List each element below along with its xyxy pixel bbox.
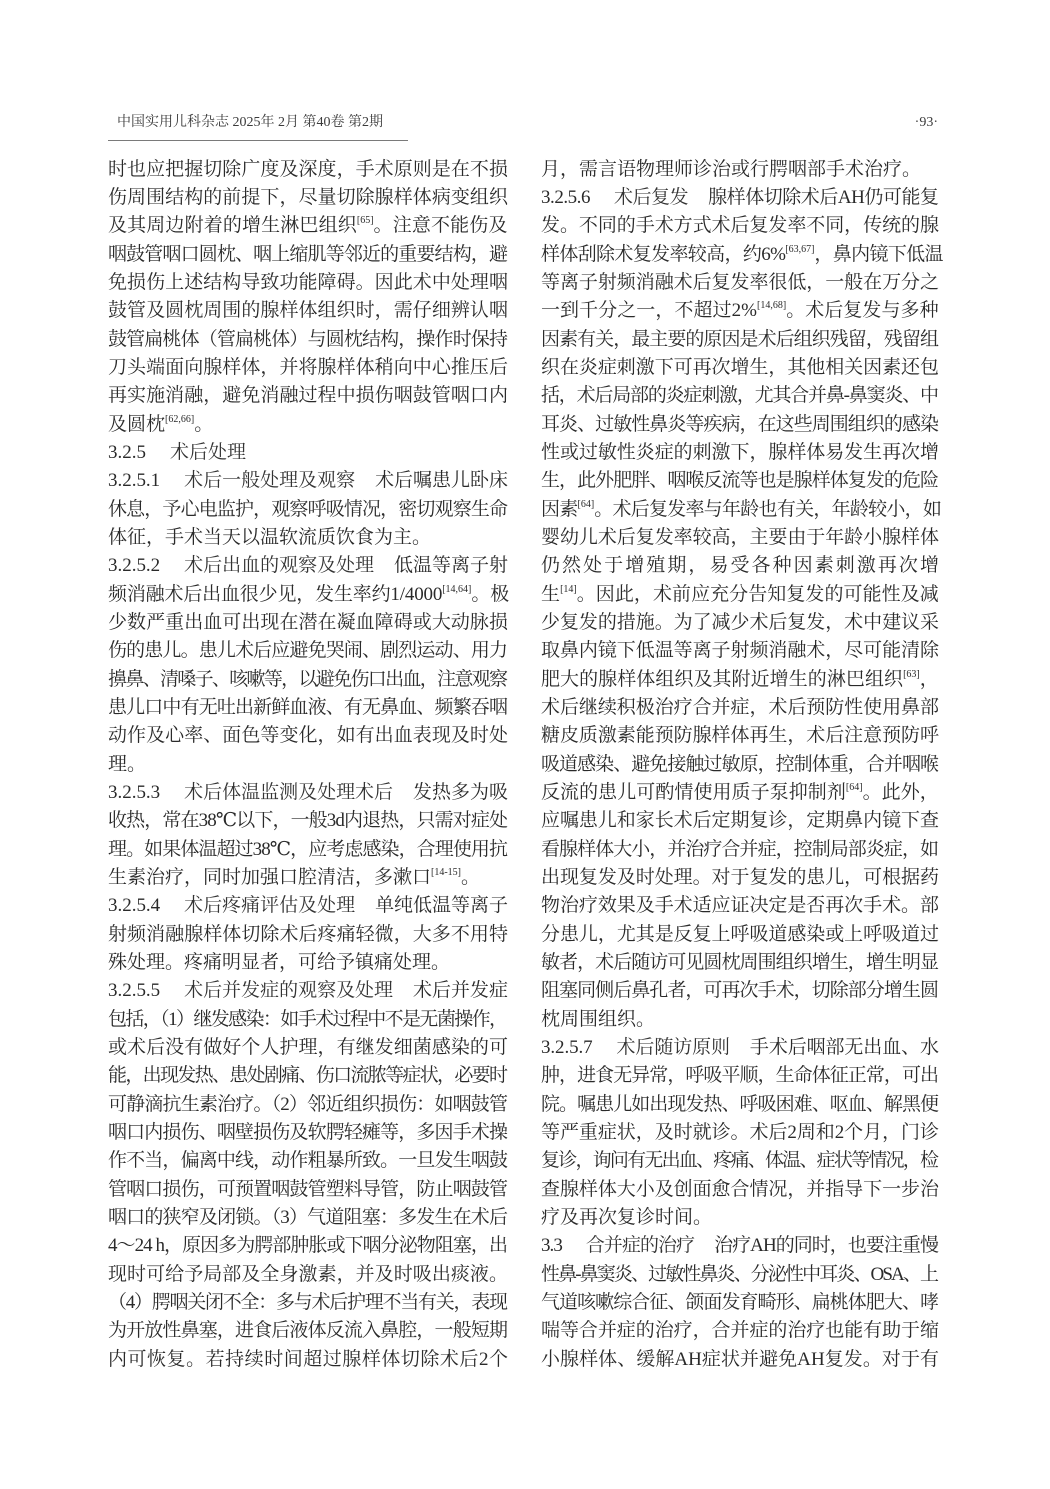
line-text: 能，出现发热、患处剧痛、伤口流脓等症状，必要时 [108, 1062, 506, 1090]
text-line: 物治疗效果及手术适应证决定是否再次手术。部 [541, 892, 939, 920]
subsection-heading-line: 3.2.5.5术后并发症的观察及处理术后并发症 [108, 977, 508, 1005]
text-line: 肿，进食无异常，呼吸平顺，生命体征正常，可出 [541, 1062, 939, 1090]
text-line: 咽口的狭窄及闭锁。（3）气道阻塞：多发生在术后 [108, 1204, 508, 1232]
line-text: 喘等合并症的治疗，合并症的治疗也能有助于缩 [541, 1317, 939, 1345]
line-text: 疗及再次复诊时间。 [541, 1204, 712, 1232]
line-text: 阻塞同侧后鼻孔者，可再次手术，切除部分增生圆 [541, 977, 938, 1005]
line-text: 鼓管扁桃体（管扁桃体）与圆枕结构，操作时保持 [108, 326, 507, 354]
line-text: 肿，进食无异常，呼吸平顺，生命体征正常，可出 [541, 1062, 938, 1090]
text-line: 伤的患儿。患儿术后应避免哭闹、剧烈运动、用力 [108, 637, 508, 665]
subsection-heading-line: 3.2.5.4术后疼痛评估及处理单纯低温等离子 [108, 892, 508, 920]
text-line: 肥大的腺样体组织及其附近增生的淋巴组织[63]， [541, 666, 939, 694]
text-line: 伤周围结构的前提下，尽量切除腺样体病变组织 [108, 184, 508, 212]
line-text: 可静滴抗生素治疗。（2）邻近组织损伤：如咽鼓管 [108, 1091, 507, 1119]
line-text: 看腺样体大小，并治疗合并症，控制局部炎症，如 [541, 836, 938, 864]
text-line: 等严重症状，及时就诊。术后2周和2个月，门诊 [541, 1119, 939, 1147]
line-text: 或术后没有做好个人护理，有继发细菌感染的可 [108, 1034, 508, 1062]
line-text: 4～24 h，原因多为腭部肿胀或下咽分泌物阻塞，出 [108, 1232, 507, 1260]
line-text: 复诊，询问有无出血、疼痛、体温、症状等情况，检 [541, 1147, 937, 1175]
citation: [63,67] [785, 244, 814, 255]
citation: [62,66] [165, 414, 194, 425]
line-text: 少复发的措施。为了减少术后复发，术中建议采 [541, 609, 939, 637]
line-text: 反流的患儿可酌情使用质子泵抑制剂 [541, 782, 846, 803]
text-line: 枕周围组织。 [541, 1006, 939, 1034]
text-line: 刀头端面向腺样体，并将腺样体稍向中心推压后 [108, 354, 508, 382]
text-line: 应嘱患儿和家长术后定期复诊，定期鼻内镜下查 [541, 807, 939, 835]
section-title: 术后体温监测及处理术后 [184, 782, 393, 803]
line-text: 因素 [541, 499, 578, 520]
line-text: 糖皮质激素能预防腺样体再生，术后注意预防呼 [541, 722, 939, 750]
text-line: 喘等合并症的治疗，合并症的治疗也能有助于缩 [541, 1317, 939, 1345]
line-text: 。此外， [863, 782, 939, 803]
line-text: 生素治疗，同时加强口腔清洁，多漱口 [108, 867, 431, 888]
line-text: 发。不同的手术方式术后复发率不同，传统的腺 [541, 212, 939, 240]
text-line: 一到千分之一，不超过2%[14,68]。术后复发与多种 [541, 297, 939, 325]
text-line: 可静滴抗生素治疗。（2）邻近组织损伤：如咽鼓管 [108, 1091, 508, 1119]
citation: [14-15] [431, 867, 461, 878]
line-text: 。术后复发与多种 [786, 300, 938, 321]
line-text: 吸道感染、避免接触过敏原，控制体重，合并咽喉 [541, 751, 938, 779]
line-text: 作不当，偏离中线，动作粗暴所致。一旦发生咽鼓 [108, 1147, 507, 1175]
text-line: 生，此外肥胖、咽喉反流等也是腺样体复发的危险 [541, 467, 939, 495]
section-title: 术后处理 [170, 442, 246, 463]
citation: [65] [357, 215, 374, 226]
section-number: 3.2.5.5 [108, 980, 160, 1001]
citation: [64] [578, 499, 595, 510]
line-text: 刀头端面向腺样体，并将腺样体稍向中心推压后 [108, 354, 508, 382]
line-text: 频消融术后出血很少见，发生率约1/4000 [108, 584, 442, 605]
text-line: 气道咳嗽综合征、颌面发育畸形、扁桃体肥大、哮 [541, 1289, 939, 1317]
subsection-heading-line: 3.2.5.3术后体温监测及处理术后发热多为吸 [108, 779, 508, 807]
line-text: 气道咳嗽综合征、颌面发育畸形、扁桃体肥大、哮 [541, 1289, 938, 1317]
line-text: 生 [541, 584, 560, 605]
text-line: 看腺样体大小，并治疗合并症，控制局部炎症，如 [541, 836, 939, 864]
text-line: 包括，（1）继发感染：如手术过程中不是无菌操作， [108, 1006, 508, 1034]
journal-page: 中国实用儿科杂志 2025年 2月 第40卷 第2期 ·93· 时也应把握切除广… [0, 0, 1050, 1489]
line-text: 出现复发及时处理。对于复发的患儿，可根据药 [541, 864, 939, 892]
section-number: 3.2.5.1 [108, 470, 160, 491]
text-line: 擤鼻、清嗓子、咳嗽等，以避免伤口出血，注意观察 [108, 666, 508, 694]
subsection-heading-line: 3.2.5.6术后复发腺样体切除术后AH仍可能复 [541, 184, 939, 212]
text-line: 性或过敏性炎症的刺激下，腺样体易发生再次增 [541, 439, 939, 467]
text-line: 频消融术后出血很少见，发生率约1/4000[14,64]。极 [108, 581, 508, 609]
line-text: 发热多为吸 [413, 782, 508, 803]
line-text: 伤的患儿。患儿术后应避免哭闹、剧烈运动、用力 [108, 637, 507, 665]
text-line: 样体刮除术复发率较高，约6%[63,67]，鼻内镜下低温 [541, 241, 939, 269]
line-text: 体征，手术当天以温软流质饮食为主。 [108, 524, 431, 552]
line-text: 应嘱患儿和家长术后定期复诊，定期鼻内镜下查 [541, 807, 939, 835]
line-text: 。极 [471, 584, 509, 605]
line-text: 治疗AH的同时，也要注重慢 [714, 1235, 938, 1256]
text-line: 收热，常在38℃以下，一般3d内退热，只需对症处 [108, 807, 508, 835]
text-line: 现时可给予局部及全身激素，并及时吸出痰液。 [108, 1261, 508, 1289]
running-header: 中国实用儿科杂志 2025年 2月 第40卷 第2期 [117, 113, 383, 133]
text-line: 织在炎症刺激下可再次增生，其他相关因素还包 [541, 354, 939, 382]
line-text: 生，此外肥胖、咽喉反流等也是腺样体复发的危险 [541, 467, 938, 495]
text-line: 内可恢复。若持续时间超过腺样体切除术后2个 [108, 1346, 508, 1374]
section-number: 3.2.5.3 [108, 782, 160, 803]
text-line: 再实施消融，避免消融过程中损伤咽鼓管咽口内 [108, 382, 508, 410]
line-text: 收热，常在38℃以下，一般3d内退热，只需对症处 [108, 807, 507, 835]
section-title: 合并症的治疗 [586, 1235, 694, 1256]
text-line: 休息，予心电监护，观察呼吸情况，密切观察生命 [108, 496, 508, 524]
text-line: 查腺样体大小及创面愈合情况，并指导下一步治 [541, 1176, 939, 1204]
line-text: 月，需言语物理师诊治或行腭咽部手术治疗。 [541, 156, 921, 184]
line-text: 理。 [108, 751, 146, 779]
text-line: 少数严重出血可出现在潜在凝血障碍或大动脉损 [108, 609, 508, 637]
line-text: 。因此，术前应充分告知复发的可能性及减 [577, 584, 939, 605]
text-line: 疗及再次复诊时间。 [541, 1204, 939, 1232]
line-text: 。注意不能伤及 [374, 215, 508, 236]
line-text: 院。嘱患儿如出现发热、呼吸困难、呕血、解黑便 [541, 1091, 938, 1119]
section-heading-line: 3.3合并症的治疗治疗AH的同时，也要注重慢 [541, 1232, 939, 1260]
line-text: 查腺样体大小及创面愈合情况，并指导下一步治 [541, 1176, 939, 1204]
text-line: 射频消融腺样体切除术后疼痛轻微，大多不用特 [108, 921, 508, 949]
text-line: 生[14]。因此，术前应充分告知复发的可能性及减 [541, 581, 939, 609]
line-text: 内可恢复。若持续时间超过腺样体切除术后2个 [108, 1346, 509, 1374]
text-line: 月，需言语物理师诊治或行腭咽部手术治疗。 [541, 156, 939, 184]
text-line: （4）腭咽关闭不全：多与术后护理不当有关，表现 [108, 1289, 508, 1317]
text-line: 及圆枕[62,66]。 [108, 411, 508, 439]
text-line: 敏者，术后随访可见圆枕周围组织增生，增生明显 [541, 949, 939, 977]
section-number: 3.2.5.2 [108, 555, 160, 576]
line-text: 包括，（1）继发感染：如手术过程中不是无菌操作， [108, 1006, 506, 1034]
line-text: 婴幼儿术后复发率较高，主要由于年龄小腺样体 [541, 524, 939, 552]
line-text: 分患儿，尤其是反复上呼吸道感染或上呼吸道过 [541, 921, 939, 949]
text-line: 因素有关，最主要的原因是术后组织残留，残留组 [541, 326, 939, 354]
text-line: 少复发的措施。为了减少术后复发，术中建议采 [541, 609, 939, 637]
text-line: 反流的患儿可酌情使用质子泵抑制剂[64]。此外， [541, 779, 939, 807]
citation: [14] [560, 584, 577, 595]
line-text: 管咽口损伤，可预置咽鼓管塑料导管，防止咽鼓管 [108, 1176, 507, 1204]
citation: [14,64] [442, 584, 471, 595]
line-text: 理。如果体温超过38℃，应考虑感染，合理使用抗 [108, 836, 507, 864]
line-text: 动作及心率、面色等变化，如有出血表现及时处 [108, 722, 508, 750]
line-text: 擤鼻、清嗓子、咳嗽等，以避免伤口出血，注意观察 [108, 666, 506, 694]
line-text: 免损伤上述结构导致功能障碍。因此术中处理咽 [108, 269, 508, 297]
line-text: ， [920, 669, 939, 690]
section-number: 3.2.5.6 [541, 187, 590, 208]
text-line: 取鼻内镜下低温等离子射频消融术，尽可能清除 [541, 637, 939, 665]
text-line: 耳炎、过敏性鼻炎等疾病，在这些周围组织的感染 [541, 411, 939, 439]
section-title: 术后并发症的观察及处理 [184, 980, 393, 1001]
text-line: 免损伤上述结构导致功能障碍。因此术中处理咽 [108, 269, 508, 297]
text-line: 殊处理。疼痛明显者，可给予镇痛处理。 [108, 949, 508, 977]
line-text: 仍然处于增殖期，易受各种因素刺激再次增 [541, 552, 941, 580]
line-text: 咽口的狭窄及闭锁。（3）气道阻塞：多发生在术后 [108, 1204, 507, 1232]
line-text: 等严重症状，及时就诊。术后2周和2个月，门诊 [541, 1119, 939, 1147]
text-line: 仍然处于增殖期，易受各种因素刺激再次增 [541, 552, 939, 580]
text-line: 动作及心率、面色等变化，如有出血表现及时处 [108, 722, 508, 750]
text-line: 时也应把握切除广度及深度，手术原则是在不损 [108, 156, 508, 184]
line-text: 鼓管及圆枕周围的腺样体组织时，需仔细辨认咽 [108, 297, 508, 325]
text-line: 为开放性鼻塞，进食后液体反流入鼻腔，一般短期 [108, 1317, 508, 1345]
text-line: 术后继续积极治疗合并症，术后预防性使用鼻部 [541, 694, 939, 722]
line-text: 取鼻内镜下低温等离子射频消融术，尽可能清除 [541, 637, 939, 665]
text-line: 鼓管扁桃体（管扁桃体）与圆枕结构，操作时保持 [108, 326, 508, 354]
section-title: 术后随访原则 [617, 1037, 730, 1058]
line-text: 术后并发症 [413, 980, 508, 1001]
line-text: 殊处理。疼痛明显者，可给予镇痛处理。 [108, 949, 450, 977]
line-text: 样体刮除术复发率较高，约6% [541, 244, 785, 265]
text-line: 发。不同的手术方式术后复发率不同，传统的腺 [541, 212, 939, 240]
text-line: 复诊，询问有无出血、疼痛、体温、症状等情况，检 [541, 1147, 939, 1175]
line-text: 因素有关，最主要的原因是术后组织残留，残留组 [541, 326, 938, 354]
text-line: 性鼻-鼻窦炎、过敏性鼻炎、分泌性中耳炎、OSA、上 [541, 1261, 939, 1289]
line-text: 。术后复发率与年龄也有关，年龄较小，如 [594, 499, 941, 520]
line-text: 伤周围结构的前提下，尽量切除腺样体病变组织 [108, 184, 508, 212]
citation: [14,68] [757, 300, 786, 311]
text-line: 理。 [108, 751, 508, 779]
line-text: 患儿口中有无吐出新鲜血液、有无鼻血、频繁吞咽 [108, 694, 507, 722]
line-text: 咽口内损伤、咽壁损伤及软腭轻瘫等，多因手术操 [108, 1119, 507, 1147]
line-text: 性鼻-鼻窦炎、过敏性鼻炎、分泌性中耳炎、OSA、上 [541, 1261, 937, 1289]
line-text: 性或过敏性炎症的刺激下，腺样体易发生再次增 [541, 439, 939, 467]
line-text: 耳炎、过敏性鼻炎等疾病，在这些周围组织的感染 [541, 411, 938, 439]
text-line: 咽鼓管咽口圆枕、咽上缩肌等邻近的重要结构，避 [108, 241, 508, 269]
line-text: 一到千分之一，不超过2% [541, 300, 757, 321]
text-line: 或术后没有做好个人护理，有继发细菌感染的可 [108, 1034, 508, 1062]
line-text: 咽鼓管咽口圆枕、咽上缩肌等邻近的重要结构，避 [108, 241, 507, 269]
text-line: 管咽口损伤，可预置咽鼓管塑料导管，防止咽鼓管 [108, 1176, 508, 1204]
line-text: 小腺样体、缓解AH症状并避免AH复发。对于有 [541, 1346, 939, 1374]
text-line: 生素治疗，同时加强口腔清洁，多漱口[14-15]。 [108, 864, 508, 892]
line-text: 时也应把握切除广度及深度，手术原则是在不损 [108, 156, 508, 184]
section-heading: 3.2.5术后处理 [108, 439, 508, 467]
text-line: 理。如果体温超过38℃，应考虑感染，合理使用抗 [108, 836, 508, 864]
text-line: 括，术后局部的炎症刺激，尤其合并鼻-鼻窦炎、中 [541, 382, 939, 410]
line-text: 及其周边附着的增生淋巴组织 [108, 215, 357, 236]
line-text: 单纯低温等离子 [375, 895, 508, 916]
line-text: 低温等离子射 [394, 555, 508, 576]
text-line: 阻塞同侧后鼻孔者，可再次手术，切除部分增生圆 [541, 977, 939, 1005]
subsection-heading-line: 3.2.5.7术后随访原则手术后咽部无出血、水 [541, 1034, 939, 1062]
subsection-heading-line: 3.2.5.1术后一般处理及观察术后嘱患儿卧床 [108, 467, 508, 495]
line-text: 。 [194, 414, 213, 435]
line-text: ，鼻内镜下低温 [814, 244, 942, 265]
line-text: 物治疗效果及手术适应证决定是否再次手术。部 [541, 892, 939, 920]
text-line: 等离子射频消融术后复发率很低，一般在万分之 [541, 269, 939, 297]
line-text: 手术后咽部无出血、水 [750, 1037, 939, 1058]
citation: [64] [846, 782, 863, 793]
text-line: 婴幼儿术后复发率较高，主要由于年龄小腺样体 [541, 524, 939, 552]
text-line: 出现复发及时处理。对于复发的患儿，可根据药 [541, 864, 939, 892]
text-line: 4～24 h，原因多为腭部肿胀或下咽分泌物阻塞，出 [108, 1232, 508, 1260]
line-text: 现时可给予局部及全身激素，并及时吸出痰液。 [108, 1261, 508, 1289]
line-text: 枕周围组织。 [541, 1006, 655, 1034]
header-rule [108, 140, 408, 141]
line-text: 肥大的腺样体组织及其附近增生的淋巴组织 [541, 669, 903, 690]
text-line: 咽口内损伤、咽壁损伤及软腭轻瘫等，多因手术操 [108, 1119, 508, 1147]
section-number: 3.2.5.4 [108, 895, 160, 916]
line-text: （4）腭咽关闭不全：多与术后护理不当有关，表现 [108, 1289, 507, 1317]
left-column: 时也应把握切除广度及深度，手术原则是在不损 伤周围结构的前提下，尽量切除腺样体病… [108, 156, 508, 1374]
line-text: 织在炎症刺激下可再次增生，其他相关因素还包 [541, 354, 939, 382]
line-text: 术后继续积极治疗合并症，术后预防性使用鼻部 [541, 694, 939, 722]
text-line: 院。嘱患儿如出现发热、呼吸困难、呕血、解黑便 [541, 1091, 939, 1119]
line-text: 等离子射频消融术后复发率很低，一般在万分之 [541, 269, 939, 297]
text-line: 因素[64]。术后复发率与年龄也有关，年龄较小，如 [541, 496, 939, 524]
text-line: 吸道感染、避免接触过敏原，控制体重，合并咽喉 [541, 751, 939, 779]
section-title: 术后出血的观察及处理 [184, 555, 374, 576]
text-line: 作不当，偏离中线，动作粗暴所致。一旦发生咽鼓 [108, 1147, 508, 1175]
line-text: 休息，予心电监护，观察呼吸情况，密切观察生命 [108, 496, 507, 524]
line-text: 。 [461, 867, 480, 888]
section-title: 术后复发 [614, 187, 688, 208]
line-text: 为开放性鼻塞，进食后液体反流入鼻腔，一般短期 [108, 1317, 507, 1345]
section-number: 3.2.5 [108, 442, 146, 463]
line-text: 射频消融腺样体切除术后疼痛轻微，大多不用特 [108, 921, 508, 949]
text-line: 及其周边附着的增生淋巴组织[65]。注意不能伤及 [108, 212, 508, 240]
line-text: 术后嘱患儿卧床 [375, 470, 508, 491]
line-text: 及圆枕 [108, 414, 165, 435]
text-line: 鼓管及圆枕周围的腺样体组织时，需仔细辨认咽 [108, 297, 508, 325]
line-text: 少数严重出血可出现在潜在凝血障碍或大动脉损 [108, 609, 508, 637]
line-text: 敏者，术后随访可见圆枕周围组织增生，增生明显 [541, 949, 938, 977]
text-line: 糖皮质激素能预防腺样体再生，术后注意预防呼 [541, 722, 939, 750]
line-text: 再实施消融，避免消融过程中损伤咽鼓管咽口内 [108, 382, 508, 410]
section-title: 术后一般处理及观察 [184, 470, 355, 491]
citation: [63] [903, 669, 920, 680]
text-line: 能，出现发热、患处剧痛、伤口流脓等症状，必要时 [108, 1062, 508, 1090]
subsection-heading-line: 3.2.5.2术后出血的观察及处理低温等离子射 [108, 552, 508, 580]
text-line: 分患儿，尤其是反复上呼吸道感染或上呼吸道过 [541, 921, 939, 949]
right-column: 月，需言语物理师诊治或行腭咽部手术治疗。 3.2.5.6术后复发腺样体切除术后A… [541, 156, 939, 1374]
text-line: 患儿口中有无吐出新鲜血液、有无鼻血、频繁吞咽 [108, 694, 508, 722]
page-number: ·93· [915, 113, 938, 133]
text-line: 体征，手术当天以温软流质饮食为主。 [108, 524, 508, 552]
section-number: 3.3 [541, 1235, 562, 1256]
text-line: 小腺样体、缓解AH症状并避免AH复发。对于有 [541, 1346, 939, 1374]
section-title: 术后疼痛评估及处理 [184, 895, 355, 916]
line-text: 腺样体切除术后AH仍可能复 [708, 187, 938, 208]
line-text: 括，术后局部的炎症刺激，尤其合并鼻-鼻窦炎、中 [541, 382, 938, 410]
section-number: 3.2.5.7 [541, 1037, 593, 1058]
